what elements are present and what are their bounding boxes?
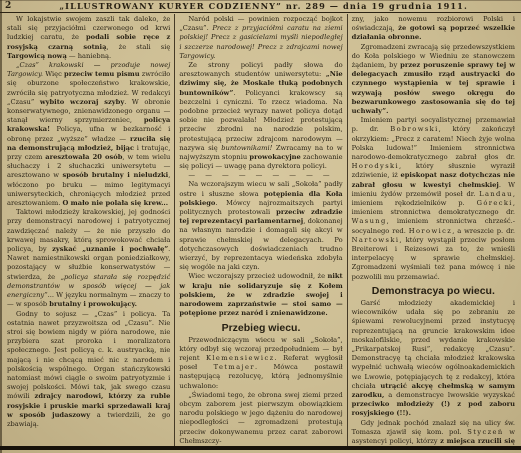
text-run: Wasung (352, 217, 387, 225)
page-header: 2 „ILLUSTROWANY KURYER CODZIENNY” nr. 28… (0, 0, 521, 13)
paragraph: W lokajstwie swojem zaszli tak daleko, ż… (7, 15, 170, 61)
text-run: — haniebną. (67, 52, 111, 60)
section-divider-bar (0, 446, 521, 450)
text-run: , a wreszcie p. dr. (452, 227, 515, 235)
scan-top-edge (0, 0, 521, 1)
paragraph: „Czas” krakowski — przoduje nowej Targow… (7, 61, 170, 208)
emphasis-bold: sposób brutalny i nieludzki (62, 171, 168, 179)
paragraph: zny, jako nowemu rozbiorowi Polski i ośw… (352, 15, 515, 43)
text-run: a demonstracye lwowskie wyzyskać (384, 391, 515, 399)
emphasis-bold: wybito wczoraj szyby (40, 98, 124, 106)
paragraph: Na wczorajszym wiecu w sali „Sokoła” pad… (179, 180, 342, 272)
text-run: Godny to sojusz — „Czas” i policya. Ta o… (7, 310, 170, 401)
column-1: W lokajstwie swojem zaszli tak daleko, ż… (3, 14, 174, 447)
column-3: zny, jako nowemu rozbiorowi Polski i ośw… (348, 14, 519, 447)
paragraph: Przewodniczącym wiecu w sali „Sokoła”, k… (179, 336, 342, 391)
emphasis-bold: aresztowała 20 osób (45, 153, 122, 161)
paragraph: „Świadomi tego, że obrona swej ziemi prz… (179, 391, 342, 446)
text-run: Więc (43, 70, 64, 78)
text-run: „Świadomi tego, że obrona swej ziemi prz… (179, 391, 342, 445)
text-run: Klemensiewicz (206, 354, 275, 362)
emphasis-bold: prowokacyjne (249, 153, 300, 161)
text-run: Landau (479, 190, 513, 198)
article-subheading: Przebieg wiecu. (179, 322, 342, 334)
paragraph: Taktowi młodzieży krakowskiej, jej godno… (7, 208, 170, 309)
paragraph: Imieniem partyi socyalistycznej przemawi… (352, 116, 515, 282)
text-run: Bobrowski (390, 125, 438, 133)
paragraph: Naród polski — powinien rozpocząć bojkot… (179, 15, 342, 61)
emphasis-bold: Targowicą nową (7, 52, 67, 60)
text-run: Wiec wczorajszy przecież udowodnił, że (188, 272, 327, 280)
paragraph: Godny to sojusz — „Czas” i policya. Ta o… (7, 310, 170, 430)
emphasis-bold: przeciw temu pismu (64, 70, 140, 78)
masthead-title: „ILLUSTROWANY KURYER CODZIENNY” nr. 289 … (11, 1, 516, 11)
emphasis-italic: buntownikami! (221, 144, 272, 152)
emphasis-bold: przeciwko młodzieży (!) z pod zaboru ros… (352, 400, 515, 417)
article-body: W lokajstwie swojem zaszli tak daleko, ż… (0, 13, 521, 447)
text-run: Tetmajer (214, 363, 255, 371)
article-subheading: Demonstracya po wiecu. (352, 285, 515, 297)
text-run: . Policyanci krakowscy są bezczelni i cy… (179, 89, 342, 152)
text-run: Styczeń (467, 428, 503, 436)
text-run: Garść młodzieży akademickiej i wiecownik… (352, 299, 515, 390)
text-run: Horodyski (352, 162, 399, 170)
column-2: Naród polski — powinien rozpocząć bojkot… (175, 14, 346, 447)
text-run: Ze strony policyi padły słowa do areszto… (179, 61, 342, 78)
paragraph: Ze strony policyi padły słowa do areszto… (179, 61, 342, 171)
text-run: , dokonanej na własnym narodzie i domaga… (179, 217, 342, 271)
text-run: , że stali się (106, 43, 170, 51)
paragraph: Wiec wczorajszy przecież udowodnił, że n… (179, 272, 342, 318)
emphasis-bold: przez poruszenie sprawy tej w delegacyac… (352, 61, 515, 115)
paragraph: Gdy jednak pochód znalazł się na ulicy ś… (352, 419, 515, 447)
emphasis-bold: brutalny i prowokujący. (49, 300, 137, 308)
emphasis-bold: zyskać „uznanie i pochwałę” (52, 245, 168, 253)
dash-divider: — — — — — — — — — (179, 171, 342, 180)
paragraph: Zgromadzeni zwracają się przedewszystkie… (352, 43, 515, 117)
text-run: Horowicz (409, 227, 452, 235)
emphasis-bold: O mało nie polała się krew... (63, 199, 169, 207)
text-run: Nartowski (352, 236, 400, 244)
paragraph: Garść młodzieży akademickiej i wiecownik… (352, 299, 515, 419)
scan-edge-shadow (0, 0, 2, 453)
text-run: Górecki (477, 199, 513, 207)
